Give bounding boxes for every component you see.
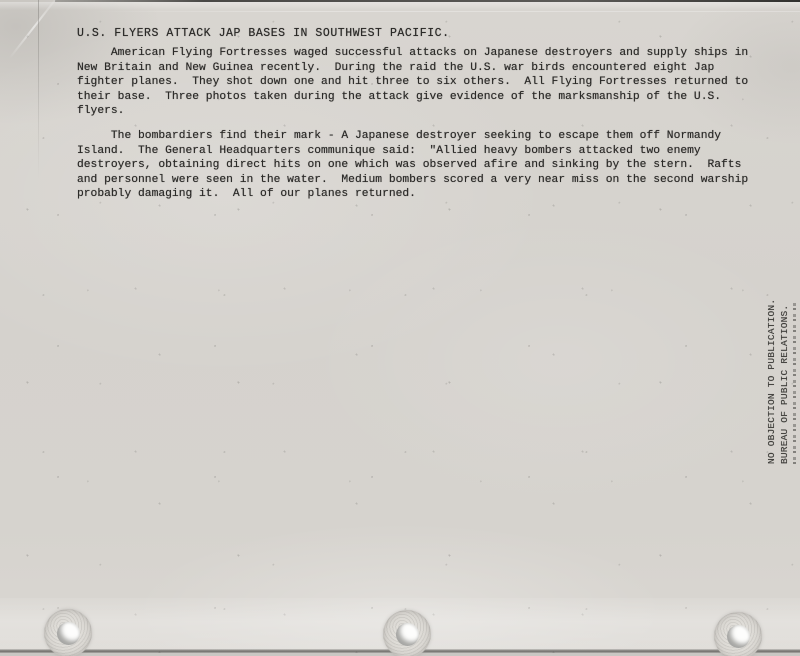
scan-artifact-line <box>90 11 800 12</box>
stamp-line-no-objection: NO OBJECTION TO PUBLICATION. <box>766 288 779 464</box>
document-title: U.S. FLYERS ATTACK JAP BASES IN SOUTHWES… <box>77 27 450 40</box>
top-light-band <box>0 2 800 10</box>
punch-hole-center <box>396 623 419 646</box>
punch-hole-center <box>57 622 80 645</box>
stamp-clipped-line-fragment <box>793 302 796 464</box>
approval-stamp: NO OBJECTION TO PUBLICATION. BUREAU OF P… <box>766 288 796 464</box>
scanned-page: U.S. FLYERS ATTACK JAP BASES IN SOUTHWES… <box>0 0 800 656</box>
body-paragraph-1: American Flying Fortresses waged success… <box>77 46 777 119</box>
punch-hole <box>714 612 762 656</box>
punch-hole-center <box>727 625 750 648</box>
body-paragraph-2: The bombardiers find their mark - A Japa… <box>77 129 777 202</box>
punch-hole <box>44 609 92 656</box>
stamp-line-bureau: BUREAU OF PUBLIC RELATIONS. <box>779 288 792 464</box>
punch-hole <box>383 610 431 656</box>
fold-line <box>38 0 39 180</box>
